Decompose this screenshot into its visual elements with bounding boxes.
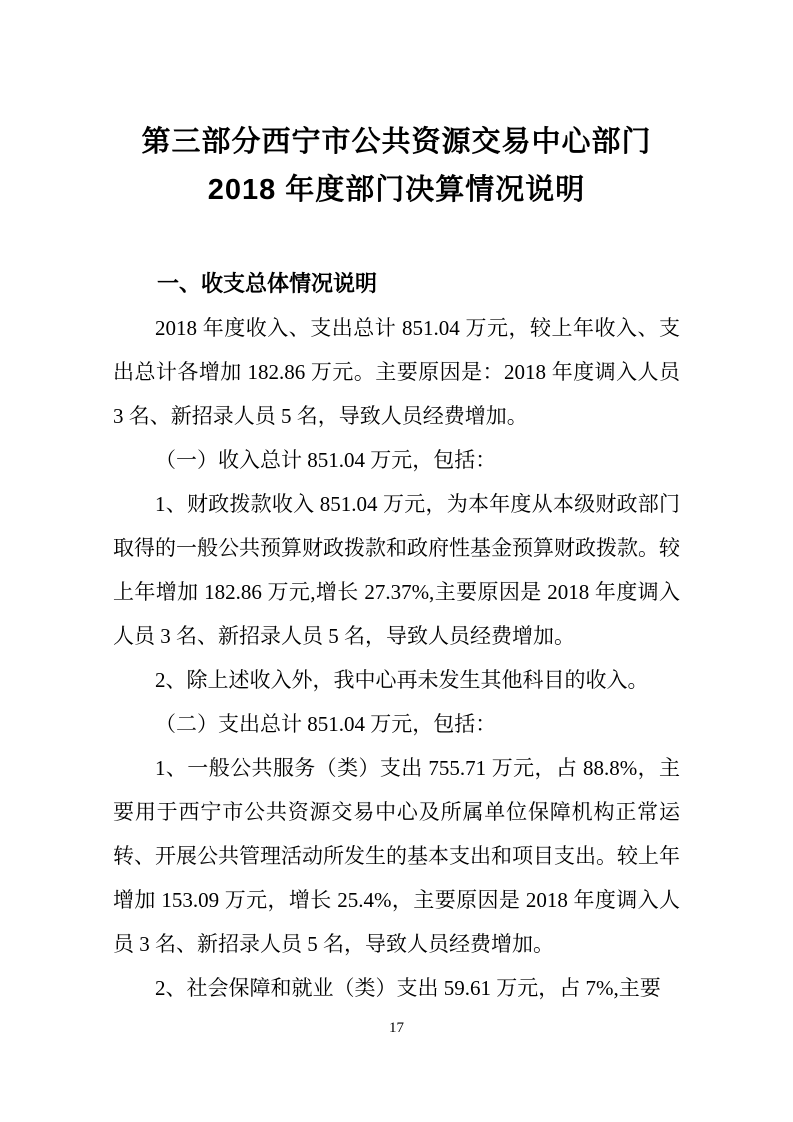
document-title: 第三部分西宁市公共资源交易中心部门 2018 年度部门决算情况说明 [113,118,680,214]
paragraph-fiscal-appropriation-income: 1、财政拨款收入 851.04 万元，为本年度从本级财政部门取得的一般公共预算财… [113,482,680,658]
paragraph-income-total: （一）收入总计 851.04 万元，包括： [113,438,680,482]
paragraph-general-public-service-expenditure: 1、一般公共服务（类）支出 755.71 万元，占 88.8%，主要用于西宁市公… [113,746,680,966]
paragraph-total-overview: 2018 年度收入、支出总计 851.04 万元，较上年收入、支出总计各增加 1… [113,306,680,438]
document-page: 第三部分西宁市公共资源交易中心部门 2018 年度部门决算情况说明 一、收支总体… [0,0,793,1122]
paragraph-no-other-income: 2、除上述收入外，我中心再未发生其他科目的收入。 [113,658,680,702]
page-number: 17 [0,1018,793,1038]
paragraph-social-security-employment-expenditure: 2、社会保障和就业（类）支出 59.61 万元，占 7%,主要 [113,966,680,1010]
section-heading-overall-income-expenditure: 一、收支总体情况说明 [113,262,680,306]
paragraph-expenditure-total: （二）支出总计 851.04 万元，包括： [113,702,680,746]
